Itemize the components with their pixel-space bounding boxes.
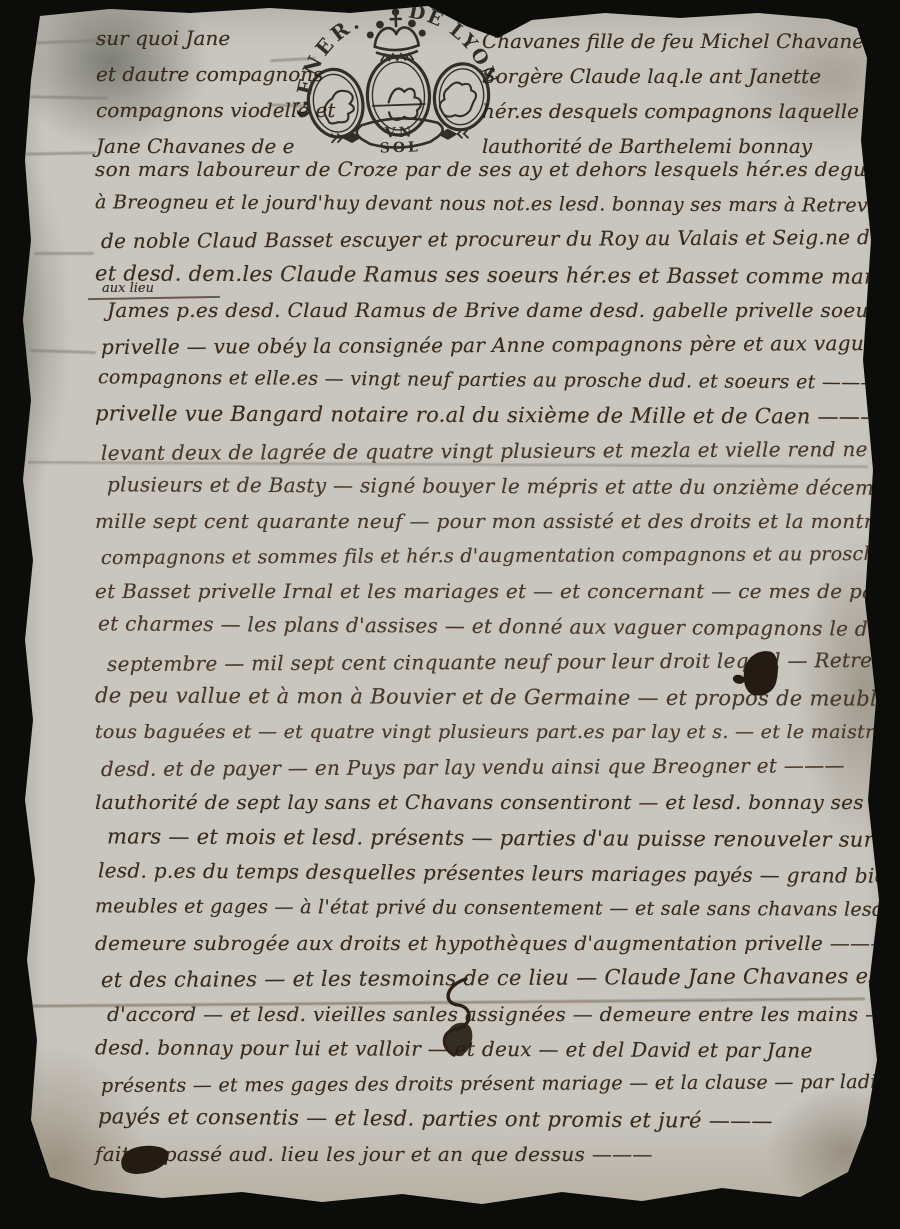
pen-flourish-icon: [428, 975, 488, 1060]
manuscript-line: desd. et de payer — en Puys par lay vend…: [101, 748, 875, 787]
show-through-stroke: [26, 151, 96, 155]
photo-background: sur quoi Janeet dautre compagnonscompagn…: [0, 0, 900, 1229]
manuscript-line: privelle — vue obéy la consignée par Ann…: [101, 326, 875, 365]
manuscript-line: Sorgère Claude laq.le ant Janette: [482, 59, 872, 94]
manuscript-line: mars — et mois et lesd. présents — parti…: [107, 819, 875, 858]
manuscript-line: d'accord — et lesd. vieilles sanles assi…: [107, 997, 875, 1032]
manuscript-line: et Basset privelle Irnal et les mariages…: [95, 574, 875, 609]
manuscript-line: compagnons viodelle et: [96, 92, 326, 128]
manuscript-line: lauthorité de sept lay sans et Chavans c…: [95, 785, 875, 820]
manuscript-line: Chavanes fille de feu Michel Chavanes: [482, 24, 872, 59]
manuscript-line: plusieurs et de Basty — signé bouyer le …: [107, 467, 875, 506]
manuscript-line: lesd. p.es du temps desquelles présentes…: [98, 853, 875, 894]
manuscript-line: meubles et gages — à l'état privé du con…: [95, 889, 875, 928]
manuscript-line: et charmes — les plans d'assises — et do…: [98, 607, 875, 648]
manuscript-line: fait et passé aud. lieu les jour et an q…: [95, 1137, 875, 1172]
lion-passant-icon: [439, 82, 477, 117]
manuscript-line: et dautre compagnons: [96, 56, 326, 92]
manuscript-paper: sur quoi Janeet dautre compagnonscompagn…: [0, 0, 900, 1229]
manuscript-line: mille sept cent quarante neuf — pour mon…: [95, 504, 875, 539]
dolphin-icon: [324, 90, 355, 123]
show-through-stroke: [34, 252, 94, 255]
stamp-lion-rampant-medallion: [366, 53, 431, 136]
manuscript-line: compagnons et elle.es — vingt neuf parti…: [98, 360, 875, 401]
manuscript-line: à Breogneu et le jourd'huy devant nous n…: [95, 185, 875, 224]
manuscript-line: tous baguées et — et quatre vingt plusie…: [95, 715, 875, 750]
show-through-stroke: [30, 349, 96, 354]
header-right-column: Chavanes fille de feu Michel ChavanesSor…: [482, 24, 872, 164]
interline-note: aux lieu: [102, 281, 154, 296]
manuscript-line: payés et consentis — et lesd. parties on…: [98, 1099, 875, 1140]
manuscript-line: et desd. dem.les Claude Ramus ses soeurs…: [95, 256, 875, 295]
tax-stamp: GENER. DE LYON VN SOL: [293, 0, 502, 165]
manuscript-line: privelle vue Bangard notaire ro.al du si…: [95, 397, 875, 436]
manuscript-line: compagnons et sommes fils et hér.s d'aug…: [101, 537, 875, 576]
manuscript-line: sur quoi Jane: [96, 20, 326, 56]
manuscript-line: James p.es desd. Claud Ramus de Brive da…: [107, 293, 875, 328]
manuscript-line: hér.es desquels compagnons laquelle: [482, 94, 872, 129]
header-left-column: sur quoi Janeet dautre compagnonscompagn…: [96, 20, 326, 164]
manuscript-line: présents — et mes gages des droits prése…: [101, 1065, 875, 1104]
stamp-value-line2: SOL: [379, 139, 421, 156]
manuscript-line: de noble Claud Basset escuyer et procure…: [101, 220, 875, 259]
manuscript-line: levant deux de lagrée de quatre vingt pl…: [101, 431, 875, 470]
manuscript-line: demeure subrogée aux droits et hypothèqu…: [95, 926, 875, 961]
